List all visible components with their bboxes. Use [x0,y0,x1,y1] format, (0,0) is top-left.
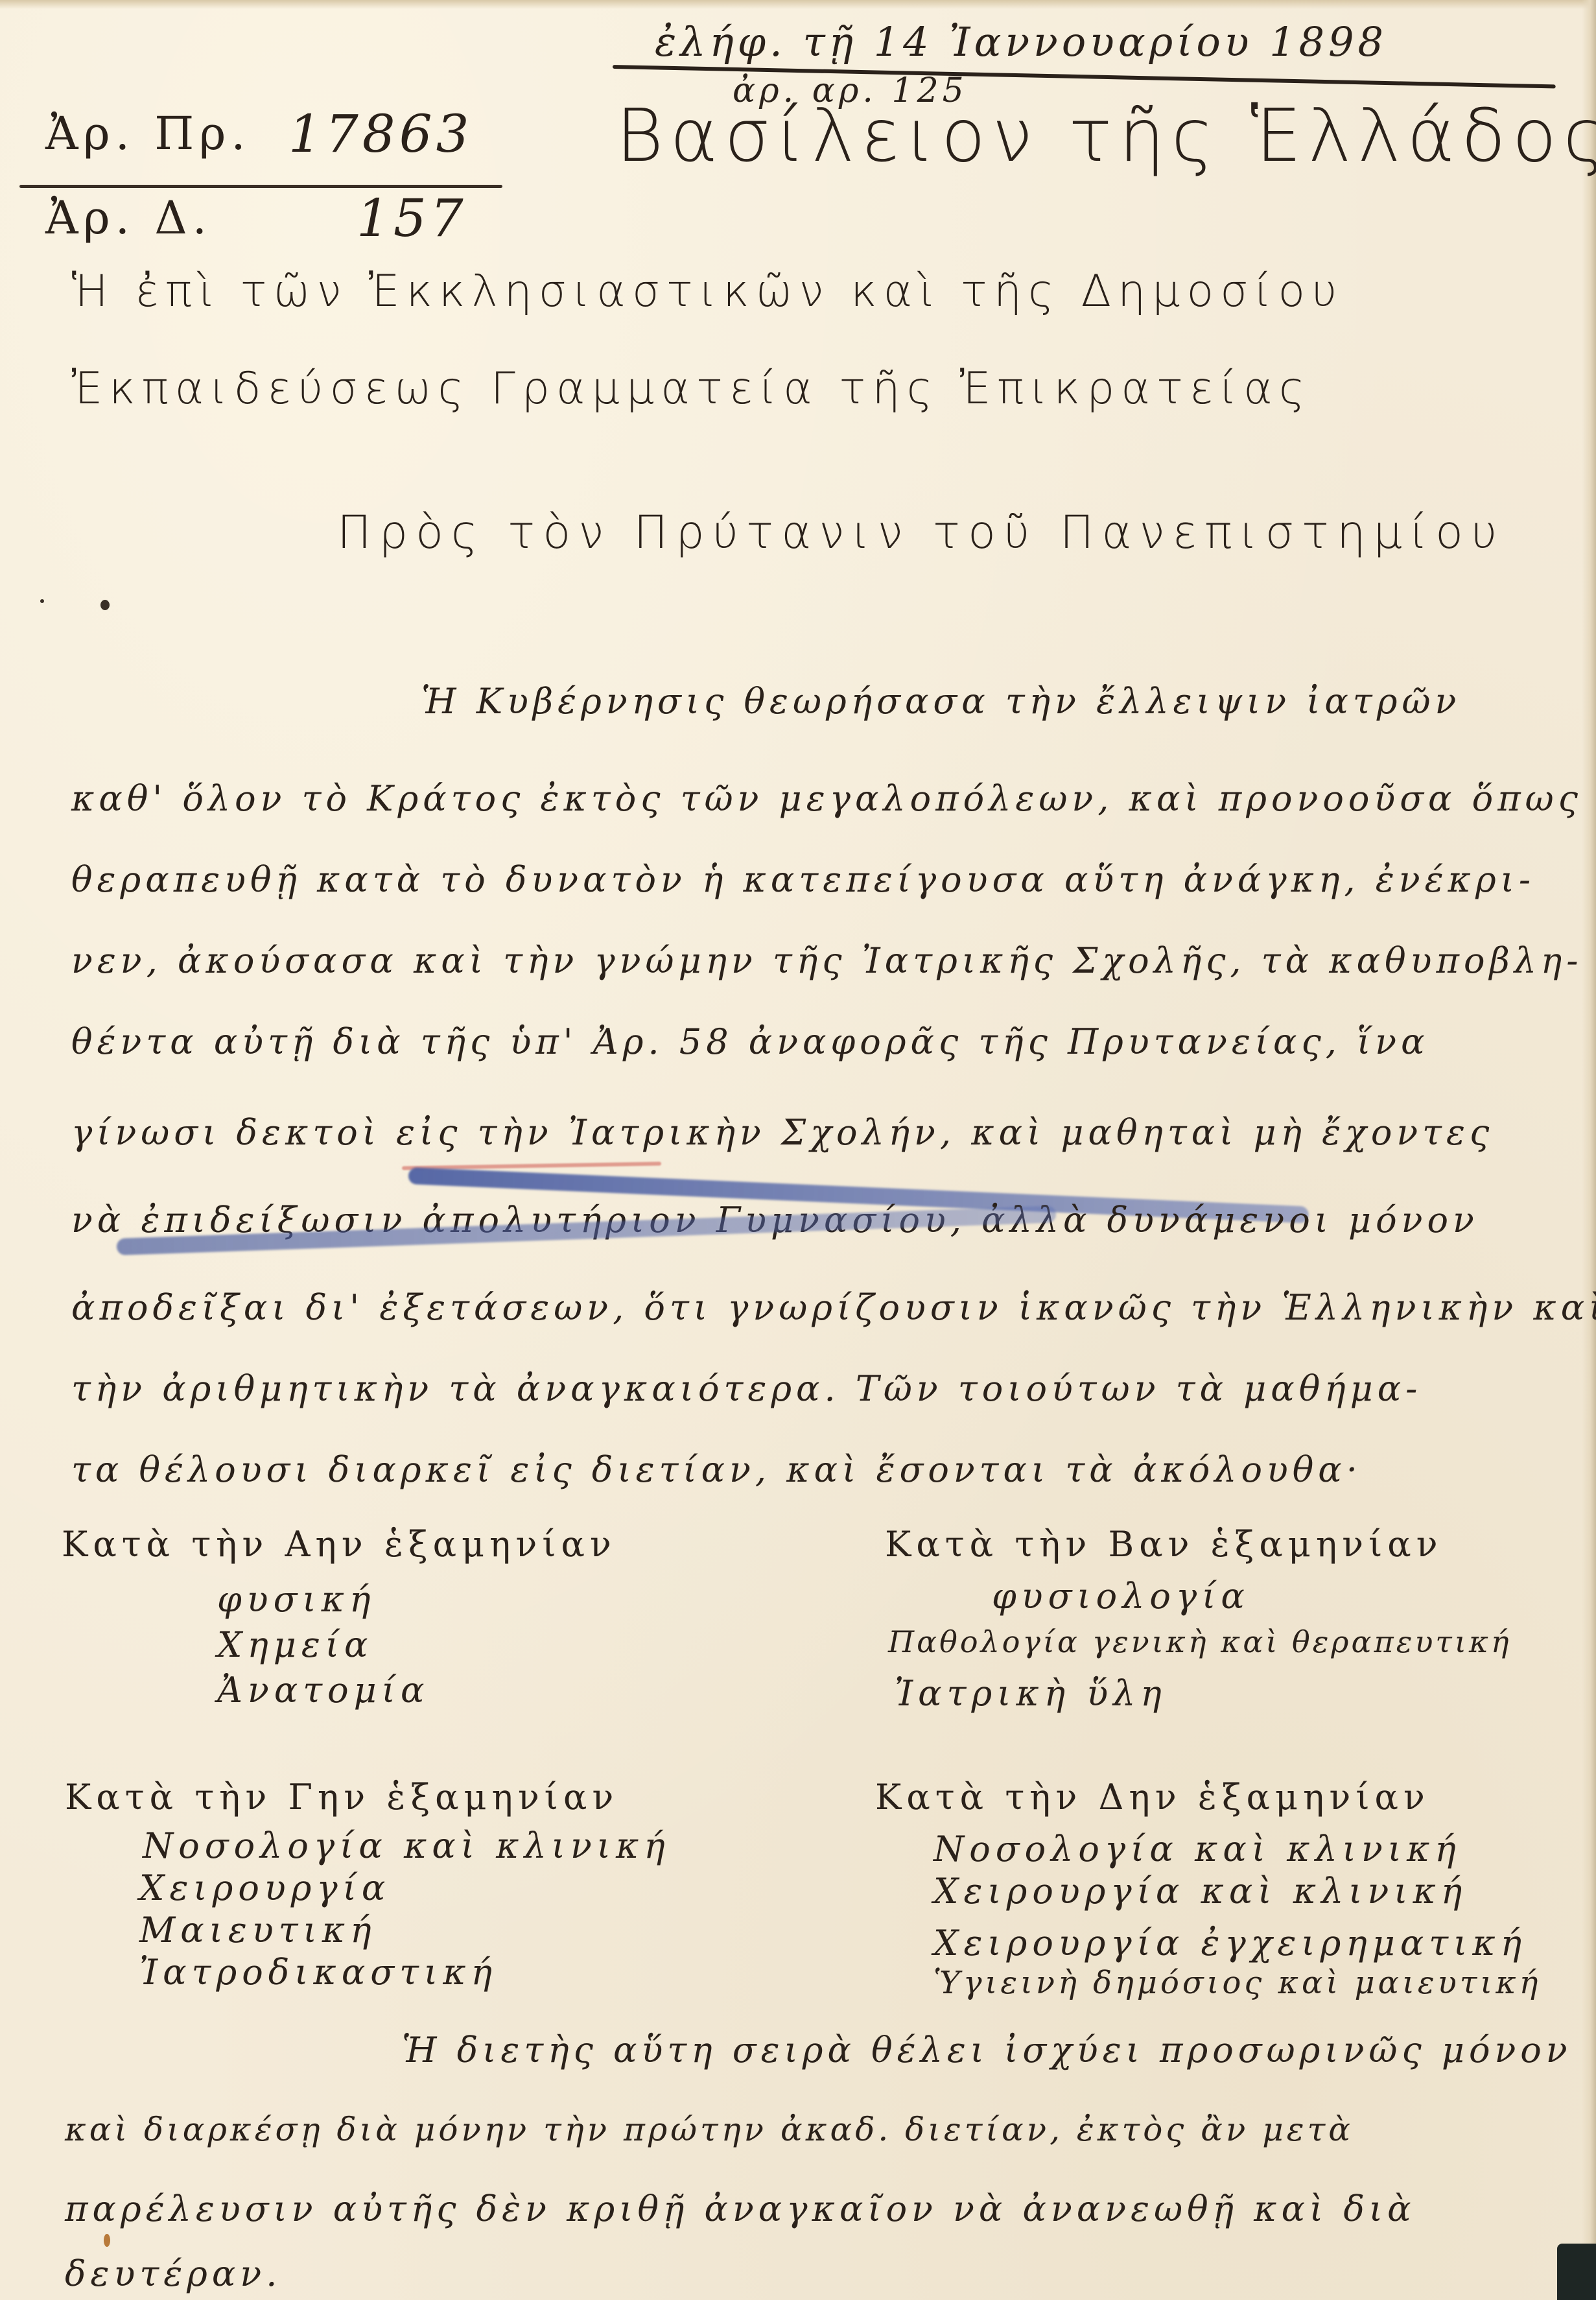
body-line: τα θέλουσι διαρκεῖ εἰς διετίαν, καὶ ἔσον… [71,1449,1362,1490]
body-line: Ἡ Κυβέρνησις θεωρήσασα τὴν ἔλλειψιν ἰατρ… [421,681,1461,722]
semester-c-subject: Μαιευτική [139,1910,377,1950]
semester-d-subject: Νοσολογία καὶ κλινική [933,1829,1461,1869]
semester-c-subject: Νοσολογία καὶ κλινική [143,1825,670,1866]
semester-b-subject: φυσιολογία [992,1576,1250,1617]
closing-line: καὶ διαρκέσῃ διὰ μόνην τὴν πρώτην ἀκαδ. … [65,2111,1354,2148]
semester-c-subject: Ἰατροδικαστική [139,1952,497,1993]
semester-d-subject: Χειρουργία καὶ κλινική [933,1871,1467,1912]
semester-d-heading: Κατὰ τὴν Δην ἑξαμηνίαν [875,1777,1430,1818]
body-line: θέντα αὐτῇ διὰ τῆς ὑπ' Ἀρ. 58 ἀναφορᾶς τ… [71,1021,1429,1062]
body-line: γίνωσι δεκτοὶ εἰς τὴν Ἰατρικὴν Σχολήν, κ… [71,1112,1494,1153]
body-line: τὴν ἀριθμητικὴν τὰ ἀναγκαιότερα. Τῶν τοι… [71,1368,1422,1409]
paper-top-edge [0,0,1596,9]
semester-d-subject: Χειρουργία ἐγχειρηματική [933,1923,1527,1963]
department-label: Ἀρ. Δ. [45,191,212,244]
semester-a-subject: Ἀνατομία [217,1670,429,1711]
semester-b-subject: Ἰατρικὴ ὕλη [895,1673,1167,1714]
semester-c-heading: Κατὰ τὴν Γην ἑξαμηνίαν [65,1777,618,1818]
protocol-label: Ἀρ. Πρ. [45,107,251,160]
kingdom-title: Βασίλειον τῆς Ἑλλάδος [616,94,1596,178]
semester-c-subject: Χειρουργία [139,1867,390,1908]
body-line: ἀποδεῖξαι δι' ἐξετάσεων, ὅτι γνωρίζουσιν… [71,1287,1596,1328]
semester-b-heading: Κατὰ τὴν Βαν ἑξαμηνίαν [885,1524,1443,1565]
paper-right-edge [1582,0,1596,2300]
body-line: νεν, ἀκούσασα καὶ τὴν γνώμην τῆς Ἰατρικῆ… [71,940,1583,981]
semester-a-subject: φυσική [217,1579,375,1620]
protocol-number: 17863 [288,104,473,164]
semester-b-subject: Παθολογία γενικὴ καὶ θεραπευτική [888,1624,1512,1659]
sender-line-2: Ἐκπαιδεύσεως Γραμματεία τῆς Ἐπικρατείας [71,363,1311,414]
mount-corner [1557,2244,1596,2300]
department-number: 157 [357,188,467,248]
sender-line-1: Ἡ ἐπὶ τῶν Ἐκκλησιαστικῶν καὶ τῆς Δημοσίο… [71,266,1343,317]
semester-a-subject: Χημεία [217,1624,373,1665]
received-note: ἐλήφ. τῇ 14 Ἰαννουαρίου 1898 [655,18,1387,65]
semester-a-heading: Κατὰ τὴν Αην ἑξαμηνίαν [62,1524,616,1565]
closing-line: δευτέραν. [65,2253,281,2294]
closing-line: Ἡ διετὴς αὕτη σειρὰ θέλει ἰσχύει προσωρι… [402,2030,1572,2070]
semester-d-subject: Ὑγιεινὴ δημόσιος καὶ μαιευτική [933,1965,1541,2001]
addressee: Πρὸς τὸν Πρύτανιν τοῦ Πανεπιστημίου [337,506,1505,559]
closing-line: παρέλευσιν αὐτῆς δὲν κριθῇ ἀναγκαῖον νὰ … [65,2188,1416,2229]
ink-spot [100,600,110,610]
rust-stain [104,2234,110,2247]
body-line: καθ' ὅλον τὸ Κράτος ἐκτὸς τῶν μεγαλοπόλε… [71,778,1582,819]
ink-spot [40,599,44,603]
body-line: θεραπευθῇ κατὰ τὸ δυνατὸν ἡ κατεπείγουσα… [71,859,1535,900]
